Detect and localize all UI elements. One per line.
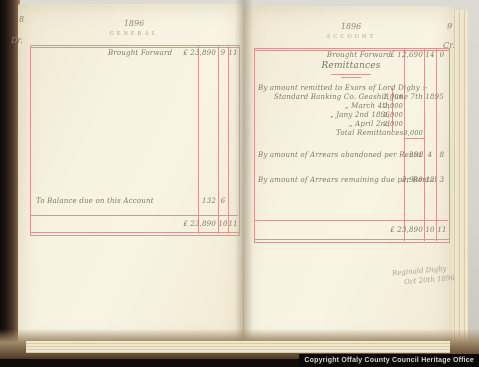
left-total-rule	[30, 215, 238, 216]
right-col-rule-3	[436, 48, 437, 241]
left-page-side-label: Dr.	[11, 36, 23, 45]
right-brought-forward-d: 0	[436, 51, 448, 60]
remittances-underline	[331, 74, 371, 75]
remit-row-value: 2,000	[371, 111, 403, 120]
bottom-page-edges	[26, 341, 450, 353]
left-ledger-frame	[30, 45, 240, 236]
arrears-abandoned-amount: 291	[363, 151, 423, 160]
right-total-s: 10	[424, 226, 436, 235]
total-remittances-label: Total Remittances	[336, 129, 400, 138]
left-brought-forward-amount: £ 23,890	[156, 49, 216, 58]
left-total-d: 11	[228, 220, 238, 229]
right-col-rule-2	[424, 48, 425, 241]
left-col-rule-3	[228, 45, 229, 234]
ledger-photo: 8 1896 GENERAL Dr. Brought Forward £ 23,…	[0, 0, 479, 367]
right-remit-sum-rule	[404, 138, 424, 139]
left-page-number: 8	[19, 15, 24, 24]
right-brought-forward-amount: £ 12,690	[363, 51, 423, 60]
arrears-due-amount: 2,908	[363, 176, 423, 185]
page-edges	[452, 10, 468, 344]
left-balance-label: To Balance due on this Account	[36, 197, 154, 206]
arrears-abandoned-d: 8	[436, 151, 448, 160]
copyright-bar: Copyright Offaly County Council Heritage…	[299, 354, 479, 367]
left-total-s: 10	[218, 220, 228, 229]
remittances-flourish	[341, 77, 361, 78]
right-page-section-title: ACCOUNT	[311, 34, 391, 40]
left-brought-forward-d: 11	[228, 49, 238, 58]
remit-intro: By amount remitted to Exors of Lord Digb…	[258, 84, 427, 93]
right-col-rule-1	[404, 48, 405, 241]
total-remittances-value: 8,000	[395, 129, 423, 138]
left-page-year: 1896	[94, 19, 174, 28]
arrears-due-s: 12	[424, 176, 436, 185]
remit-row-value: 2,000	[371, 93, 403, 102]
right-brought-forward-s: 14	[424, 51, 436, 60]
right-total-rule	[254, 220, 448, 221]
remit-row-value: 2,000	[371, 120, 403, 129]
arrears-abandoned-s: 4	[424, 151, 436, 160]
arrears-due-d: 3	[436, 176, 448, 185]
right-total-amount: £ 23,890	[363, 226, 423, 235]
remittances-heading: Remittances	[311, 62, 391, 71]
left-brought-forward-s: 9	[218, 49, 228, 58]
left-balance-amount: 132	[156, 197, 216, 206]
right-page-year: 1896	[311, 22, 391, 31]
right-total-d: 11	[436, 226, 448, 235]
remit-row-value: 2,000	[371, 102, 403, 111]
left-page-section-title: GENERAL	[94, 31, 174, 37]
right-page-number: 9	[447, 22, 452, 31]
book-spine	[0, 0, 20, 367]
left-total-amount: £ 23,890	[156, 220, 216, 229]
left-balance-s: 6	[218, 197, 228, 206]
